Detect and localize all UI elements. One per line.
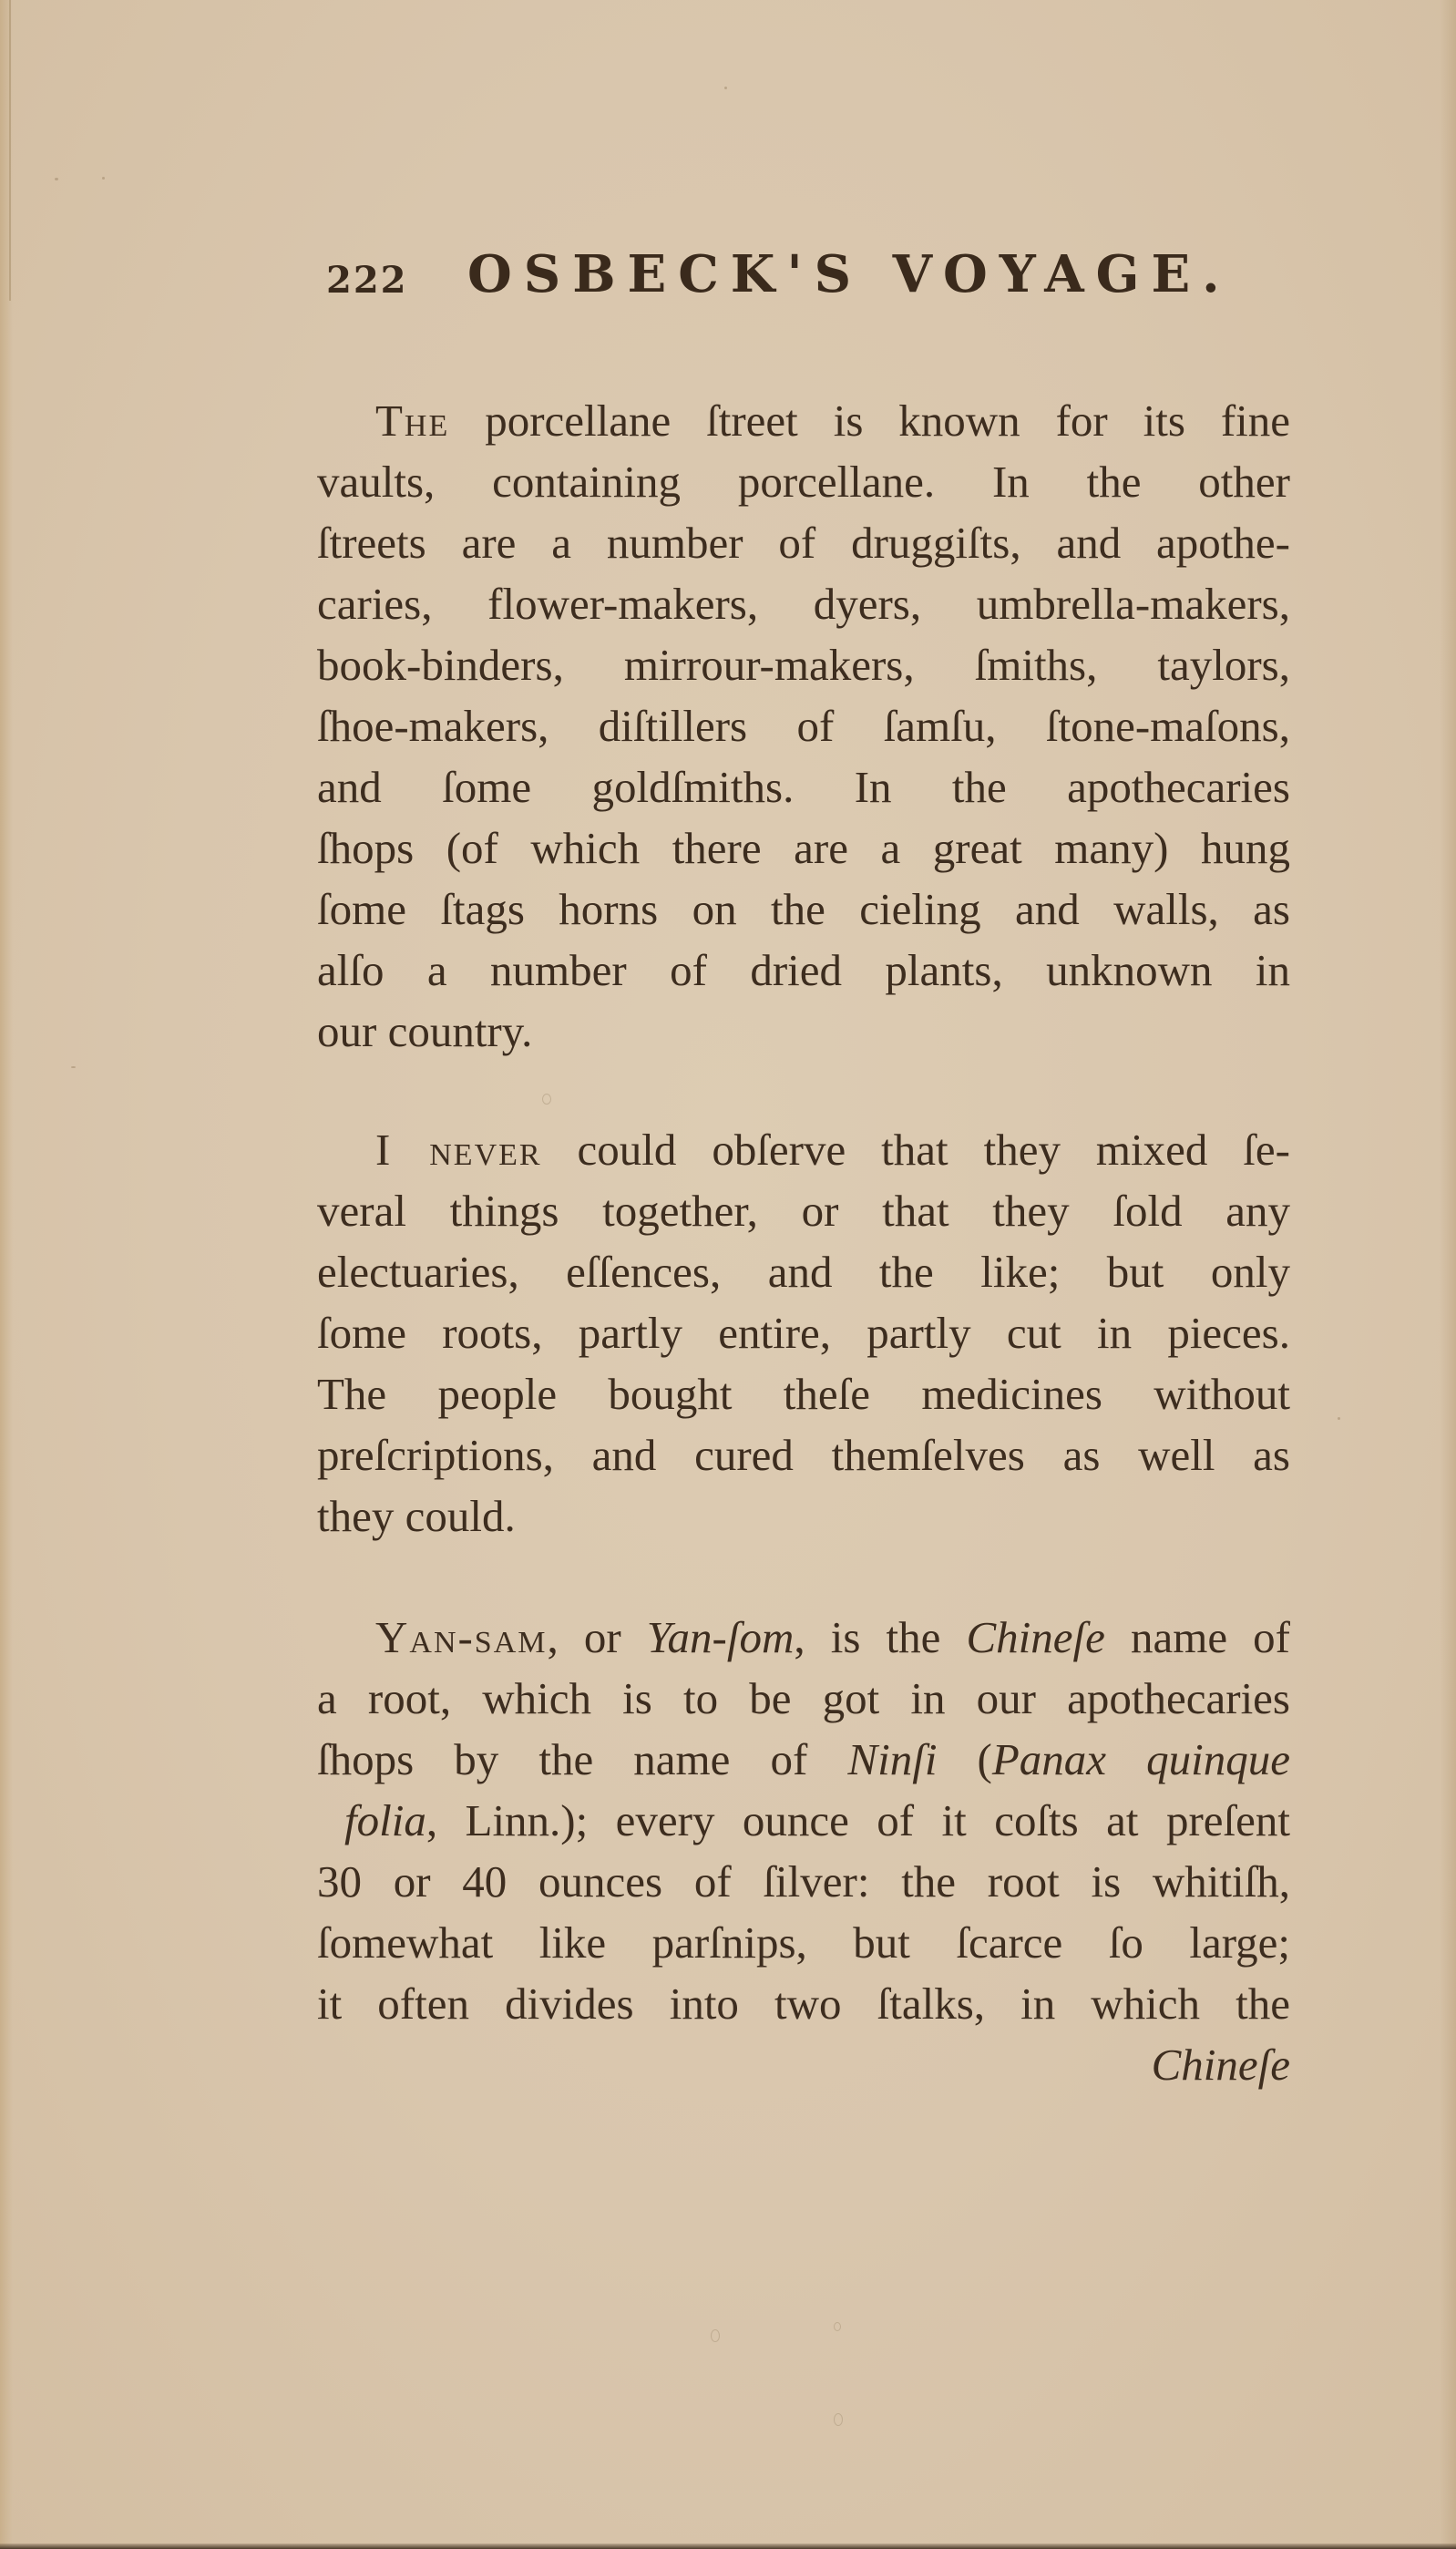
text-line: I never could obſerve that they mixed ſe… bbox=[317, 1119, 1290, 1180]
italic-term: Chineſe bbox=[966, 1612, 1104, 1662]
text-line: it often divides into two ſtalks, in whi… bbox=[317, 1973, 1290, 2034]
paragraph-porcellane-street: The porcellane ſtreet is known for its f… bbox=[317, 390, 1290, 1062]
text-line: The porcellane ſtreet is known for its f… bbox=[317, 390, 1290, 451]
running-title: OSBECK'S VOYAGE. bbox=[467, 244, 1232, 304]
paper-speck bbox=[1338, 1417, 1340, 1420]
text-line: 30 or 40 ounces of ſilver: the root is w… bbox=[317, 1851, 1290, 1912]
paper-speck bbox=[542, 1094, 551, 1105]
text-line: ſtreets are a number of druggiſts, and a… bbox=[317, 512, 1290, 573]
paragraph-yan-sam: Yan-sam, or Yan-ſom, is the Chineſe name… bbox=[317, 1607, 1290, 2095]
text-line: caries, flower-makers, dyers, umbrella-m… bbox=[317, 573, 1290, 634]
italic-term: folia bbox=[344, 1795, 426, 1845]
paper-speck bbox=[724, 87, 727, 89]
paper-speck bbox=[834, 2413, 843, 2426]
paragraph-lead-smallcaps: I never bbox=[375, 1125, 542, 1175]
catchword: Chineſe bbox=[317, 2034, 1290, 2095]
book-page: 222 OSBECK'S VOYAGE. The porcellane ſtre… bbox=[0, 0, 1456, 2549]
paragraph-lead-smallcaps: Yan-sam bbox=[375, 1612, 548, 1662]
text-line: and ſome goldſmiths. In the apothecaries bbox=[317, 756, 1290, 817]
paper-speck bbox=[71, 1066, 76, 1068]
running-header: 222 OSBECK'S VOYAGE. bbox=[326, 244, 1292, 317]
paper-speck bbox=[102, 177, 105, 180]
text-line: ſhops by the name of Ninſi (Panax quinqu… bbox=[317, 1729, 1290, 1790]
text-line: vaults, containing porcellane. In the ot… bbox=[317, 451, 1290, 512]
text-line: ſome roots, partly entire, partly cut in… bbox=[317, 1302, 1290, 1363]
text-line: ſhops (of which there are a great many) … bbox=[317, 817, 1290, 879]
italic-term: Ninſi bbox=[847, 1734, 937, 1784]
text-line: ſome ſtags horns on the cieling and wall… bbox=[317, 879, 1290, 940]
text-line: The people bought theſe medicines withou… bbox=[317, 1363, 1290, 1424]
text-line: our country. bbox=[317, 1001, 1290, 1062]
text-line: a root, which is to be got in our apothe… bbox=[317, 1668, 1290, 1729]
page-left-edge bbox=[0, 0, 13, 2549]
italic-term: Yan-ſom bbox=[647, 1612, 795, 1662]
text-line: alſo a number of dried plants, unknown i… bbox=[317, 940, 1290, 1001]
paper-speck bbox=[55, 178, 58, 180]
text-line: they could. bbox=[317, 1485, 1290, 1547]
page-right-edge bbox=[1440, 0, 1456, 2549]
paragraph-lead-smallcaps: The bbox=[375, 396, 449, 446]
page-binding-line bbox=[9, 0, 11, 301]
text-line: preſcriptions, and cured themſelves as w… bbox=[317, 1424, 1290, 1485]
text-line: veral things together, or that they ſold… bbox=[317, 1180, 1290, 1241]
text-line: electuaries, eſſences, and the like; but… bbox=[317, 1241, 1290, 1302]
paper-speck bbox=[711, 2329, 720, 2342]
text-line: ſomewhat like parſnips, but ſcarce ſo la… bbox=[317, 1912, 1290, 1973]
text-line: folia, Linn.); every ounce of it coſts a… bbox=[317, 1790, 1290, 1851]
text-line: Yan-sam, or Yan-ſom, is the Chineſe name… bbox=[317, 1607, 1290, 1668]
text-line: ſhoe-makers, diſtillers of ſamſu, ſtone-… bbox=[317, 695, 1290, 756]
page-bottom-edge bbox=[0, 2544, 1456, 2549]
paper-speck bbox=[834, 2322, 841, 2331]
page-number: 222 bbox=[326, 259, 408, 302]
paragraph-medicines: I never could obſerve that they mixed ſe… bbox=[317, 1119, 1290, 1547]
text-line: book-binders, mirrour-makers, ſmiths, ta… bbox=[317, 634, 1290, 695]
italic-term: Panax quinque bbox=[992, 1734, 1290, 1784]
